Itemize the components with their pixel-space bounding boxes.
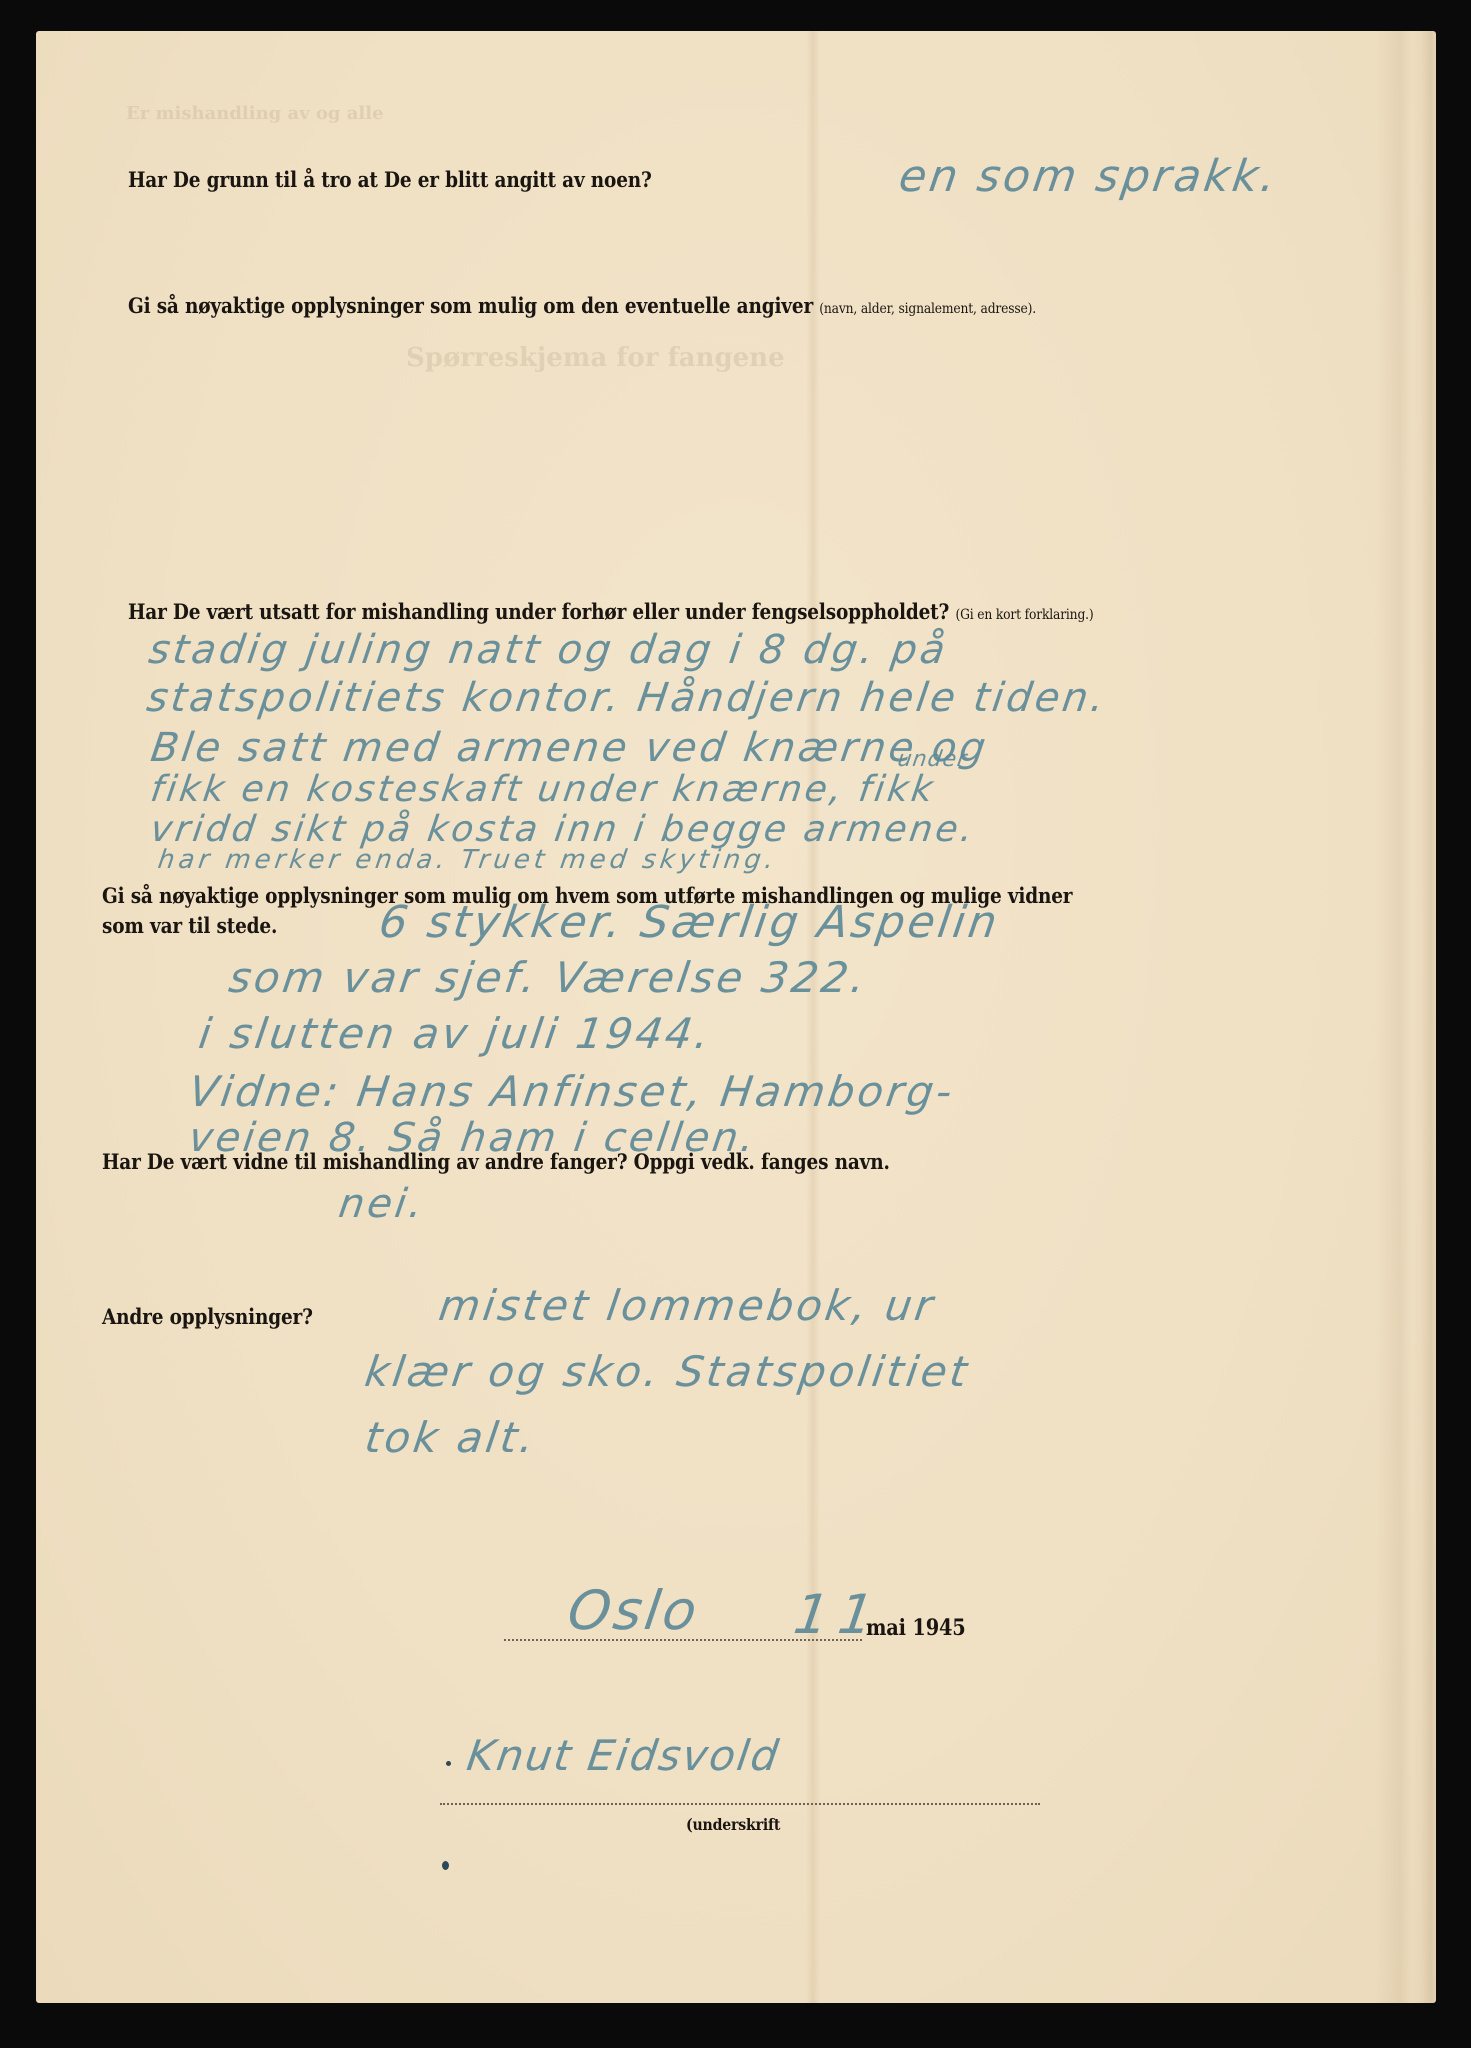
answer-mishandling-line-5: vridd sikt på kosta inn i begge armene. xyxy=(148,809,978,850)
question-angiver-note: (navn, alder, signalement, adresse). xyxy=(819,301,1036,317)
signature: Knut Eidsvold xyxy=(464,1731,783,1780)
question-angiver-details: Gi så nøyaktige opplysninger som mulig o… xyxy=(128,293,1036,318)
document-page: Er mishandling av og alle Spørreskjema f… xyxy=(36,31,1436,2003)
answer-mishandling-line-6: har merker enda. Truet med skyting. xyxy=(156,845,779,875)
question-mishandling: Har De vært utsatt for mishandling under… xyxy=(128,599,1094,624)
date-dotted-line xyxy=(504,1639,862,1641)
page-edge-shadow xyxy=(1376,31,1436,2003)
answer-mishandling-line-4: fikk en kosteskaft under knærne, fikk xyxy=(148,769,938,810)
place-handwritten: Oslo xyxy=(564,1579,704,1642)
ink-dot xyxy=(446,1761,451,1766)
question-perpetrators-line-2: som var til stede. xyxy=(102,913,277,938)
question-other-info: Andre opplysninger? xyxy=(102,1304,313,1329)
question-angitt: Har De grunn til å tro at De er blitt an… xyxy=(128,167,652,192)
signature-label: (underskrift xyxy=(686,1815,780,1834)
question-angiver-text: Gi så nøyaktige opplysninger som mulig o… xyxy=(128,293,813,318)
ink-blot xyxy=(442,1861,449,1870)
answer-mishandling-line-2: statspolitiets kontor. Håndjern hele tid… xyxy=(144,675,1110,721)
question-witness: Har De vært vidne til mishandling av and… xyxy=(102,1149,890,1174)
answer-mishandling-line-3: Ble satt med armene ved knærne og xyxy=(148,725,991,771)
answer-perpetrators-line-2: som var sjef. Værelse 322. xyxy=(226,953,871,1002)
answer-perpetrators-line-3: i slutten av juli 1944. xyxy=(196,1009,715,1058)
ghost-text-mid: Spørreskjema for fangene xyxy=(406,343,785,373)
question-mishandling-text: Har De vært utsatt for mishandling under… xyxy=(128,599,949,624)
answer-other-info-line-3: tok alt. xyxy=(362,1413,540,1462)
question-mishandling-note: (Gi en kort forklaring.) xyxy=(955,607,1093,623)
answer-other-info-line-1: mistet lommebok, ur xyxy=(436,1281,939,1330)
answer-mishandling-line-1: stadig juling natt og dag i 8 dg. på xyxy=(146,627,951,673)
date-month-year: mai 1945 xyxy=(866,1615,966,1641)
answer-perpetrators-line-4: Vidne: Hans Anfinset, Hamborg- xyxy=(186,1067,958,1116)
answer-witness: nei. xyxy=(336,1181,428,1227)
ghost-text-top: Er mishandling av og alle xyxy=(126,103,384,124)
answer-other-info-line-2: klær og sko. Statspolitiet xyxy=(362,1347,973,1396)
answer-perpetrators-line-1: 6 stykker. Særlig Aspelin xyxy=(376,897,1003,948)
answer-angitt: en som sprakk. xyxy=(896,151,1282,202)
signature-dotted-line xyxy=(440,1803,1040,1805)
paper-fold xyxy=(806,31,820,2003)
